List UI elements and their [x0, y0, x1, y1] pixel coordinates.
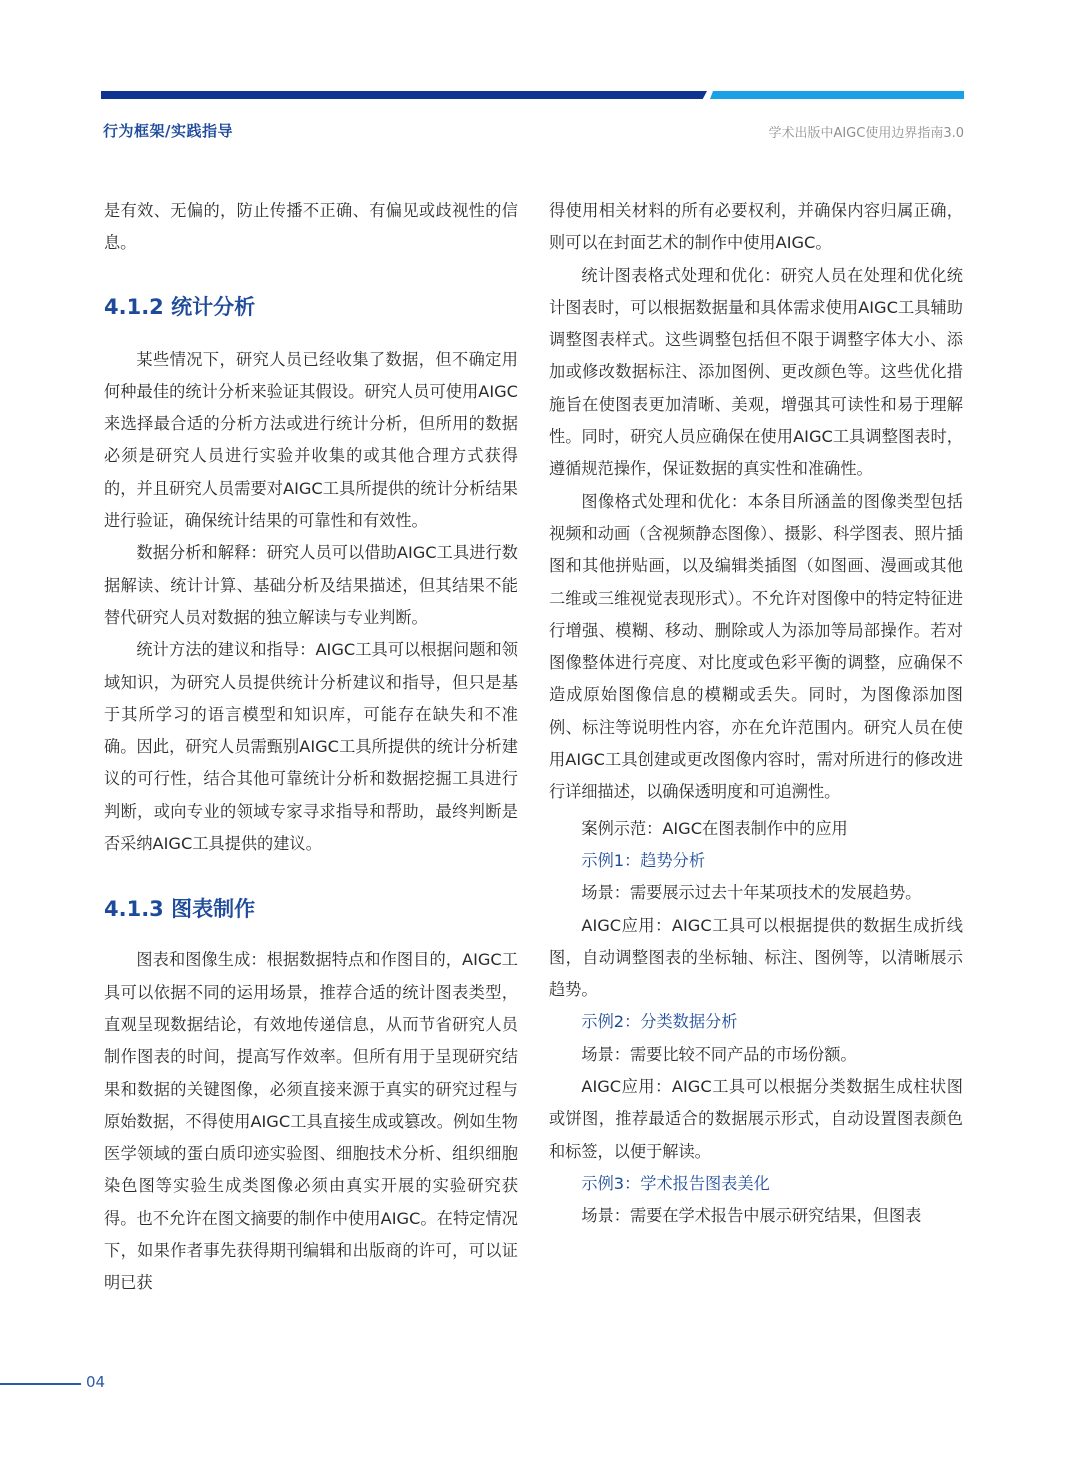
right-column: 得使用相关材料的所有必要权利，并确保内容归属正确，则可以在封面艺术的制作中使用A… [549, 195, 963, 1233]
example-1-title: 示例1：趋势分析 [549, 845, 963, 877]
example-2-title: 示例2：分类数据分析 [549, 1006, 963, 1038]
example-3-title: 示例3：学术报告图表美化 [549, 1168, 963, 1200]
continuation-text: 是有效、无偏的，防止传播不正确、有偏见或歧视性的信息。 [104, 195, 518, 260]
section-breadcrumb: 行为框架/实践指导 [103, 120, 233, 141]
continuation-text: 得使用相关材料的所有必要权利，并确保内容归属正确，则可以在封面艺术的制作中使用A… [549, 195, 963, 260]
header-bar-dark [101, 91, 707, 99]
example-1-scenario: 场景：需要展示过去十年某项技术的发展趋势。 [549, 877, 963, 909]
document-title: 学术出版中AIGC使用边界指南3.0 [768, 122, 964, 141]
paragraph: 图像格式处理和优化：本条目所涵盖的图像类型包括视频和动画（含视频静态图像）、摄影… [549, 486, 963, 809]
section-heading-4-1-3: 4.1.3 图表制作 [104, 894, 518, 924]
page-number: 04 [86, 1373, 105, 1391]
left-column: 是有效、无偏的，防止传播不正确、有偏见或歧视性的信息。 4.1.2 统计分析 某… [104, 195, 518, 1300]
example-2-application: AIGC应用：AIGC工具可以根据分类数据生成柱状图或饼图，推荐最适合的数据展示… [549, 1071, 963, 1168]
paragraph: 图表和图像生成：根据数据特点和作图目的，AIGC工具可以依据不同的运用场景，推荐… [104, 944, 518, 1299]
header-bar-light [710, 91, 964, 99]
footer-rule [0, 1383, 81, 1385]
example-3-scenario: 场景：需要在学术报告中展示研究结果，但图表 [549, 1200, 963, 1232]
paragraph: 统计图表格式处理和优化：研究人员在处理和优化统计图表时，可以根据数据量和具体需求… [549, 260, 963, 486]
paragraph: 某些情况下，研究人员已经收集了数据，但不确定用何种最佳的统计分析来验证其假设。研… [104, 344, 518, 538]
case-intro: 案例示范：AIGC在图表制作中的应用 [549, 813, 963, 845]
example-2-scenario: 场景：需要比较不同产品的市场份额。 [549, 1039, 963, 1071]
paragraph: 数据分析和解释：研究人员可以借助AIGC工具进行数据解读、统计计算、基础分析及结… [104, 537, 518, 634]
paragraph: 统计方法的建议和指导：AIGC工具可以根据问题和领域知识，为研究人员提供统计分析… [104, 634, 518, 860]
section-heading-4-1-2: 4.1.2 统计分析 [104, 292, 518, 322]
example-1-application: AIGC应用：AIGC工具可以根据提供的数据生成折线图，自动调整图表的坐标轴、标… [549, 910, 963, 1007]
